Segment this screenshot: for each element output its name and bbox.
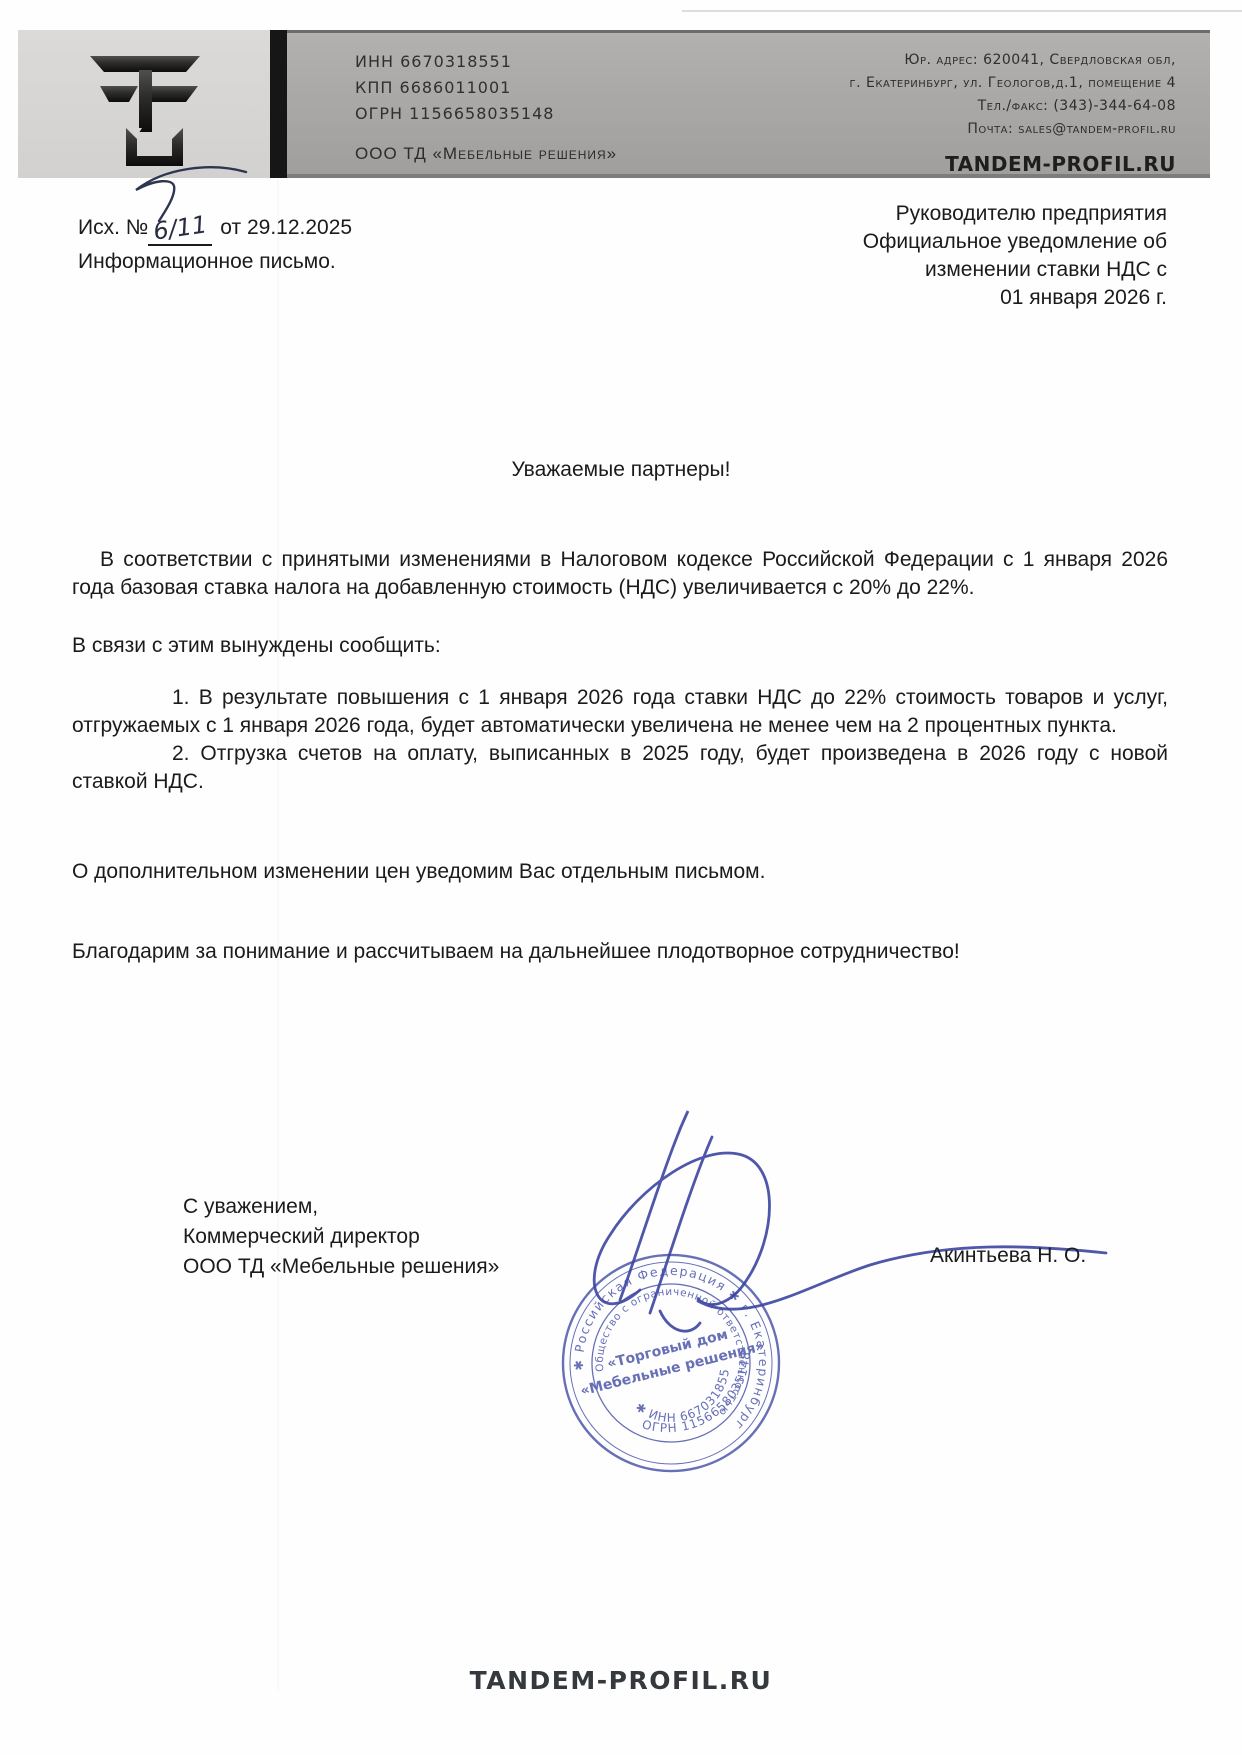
signature-closing: С уважением,: [183, 1192, 499, 1222]
paragraph-announce: В связи с этим вынуждены сообщить:: [72, 632, 1168, 660]
handwritten-number: 6/11: [152, 208, 210, 247]
outgoing-prefix: Исх. №: [78, 216, 148, 239]
company-website: TANDEM-PROFIL.RU: [850, 153, 1176, 176]
signature-position: Коммерческий директор: [183, 1222, 499, 1252]
recipient-line: Официальное уведомление об: [727, 228, 1167, 256]
letterhead-requisites: ИНН 6670318551 КПП 6686011001 ОГРН 11566…: [355, 49, 617, 164]
company-logo-icon: [84, 42, 206, 168]
company-phone: Тел./факс: (343)-344-64-08: [850, 95, 1176, 118]
scan-artifact-line: [682, 10, 1242, 12]
recipient-line: Руководителю предприятия: [727, 200, 1167, 228]
letter-page: ИНН 6670318551 КПП 6686011001 ОГРН 11566…: [0, 0, 1242, 1755]
letterhead-divider: [270, 30, 287, 178]
paragraph-vat-change: В соответствии с принятыми изменениями в…: [72, 546, 1168, 602]
recipient-block: Руководителю предприятия Официальное уве…: [727, 200, 1167, 312]
letterhead-contacts: Юр. адрес: 620041, Свердловская обл, г. …: [850, 49, 1176, 164]
outgoing-meta: Исх. №6/11от 29.12.2025 Информационное п…: [78, 210, 352, 278]
list-items: 1. В результате повышения с 1 января 202…: [72, 684, 1168, 796]
letterhead-logo-panel: [18, 30, 270, 178]
paragraph-prices: О дополнительном изменении цен уведомим …: [72, 858, 1168, 886]
company-email: Почта: sales@tandem-profil.ru: [850, 118, 1176, 141]
outgoing-number-line: Исх. №6/11от 29.12.2025: [78, 210, 352, 246]
letterhead-info-panel: ИНН 6670318551 КПП 6686011001 ОГРН 11566…: [287, 30, 1210, 178]
signatory-name: Акинтьева Н. О.: [930, 1244, 1086, 1268]
company-stamp: ✱ Российская Федерация ✱ г. Екатеринбург…: [551, 1243, 791, 1483]
recipient-line: изменении ставки НДС с: [727, 256, 1167, 284]
signature-block: С уважением, Коммерческий директор ООО Т…: [183, 1192, 499, 1282]
recipient-line: 01 января 2026 г.: [727, 284, 1167, 312]
company-ogrn: ОГРН 1156658035148: [355, 101, 617, 127]
letterhead: ИНН 6670318551 КПП 6686011001 ОГРН 11566…: [18, 30, 1210, 178]
company-inn: ИНН 6670318551: [355, 49, 617, 75]
letter-type: Информационное письмо.: [78, 246, 352, 278]
scan-artifact-fold: [277, 180, 279, 1690]
signature-company: ООО ТД «Мебельные решения»: [183, 1252, 499, 1282]
company-kpp: КПП 6686011001: [355, 75, 617, 101]
footer-website: TANDEM-PROFIL.RU: [0, 1666, 1242, 1695]
outgoing-date: от 29.12.2025: [220, 216, 352, 239]
company-name: ООО ТД «Мебельные решения»: [355, 144, 617, 164]
paragraph-thanks: Благодарим за понимание и рассчитываем н…: [72, 938, 1168, 966]
list-item-1: 1. В результате повышения с 1 января 202…: [72, 684, 1168, 740]
company-address-line2: г. Екатеринбург, ул. Геологов,д.1, помещ…: [850, 72, 1176, 95]
company-address-line1: Юр. адрес: 620041, Свердловская обл,: [850, 49, 1176, 72]
greeting: Уважаемые партнеры!: [0, 458, 1242, 482]
handwritten-number-slot: 6/11: [148, 210, 212, 246]
list-item-2: 2. Отгрузка счетов на оплату, выписанных…: [72, 740, 1168, 796]
